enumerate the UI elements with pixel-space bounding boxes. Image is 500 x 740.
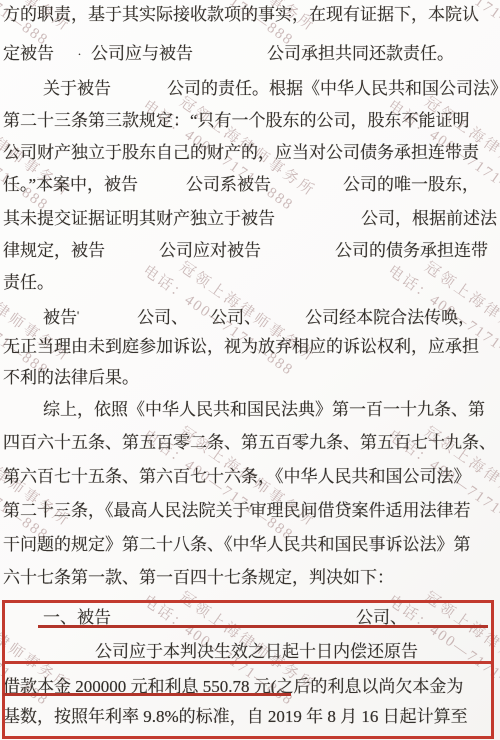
court-judgment-scan: 冠领上海律师事务所电话：400—7171—888冠领上海律师事务所电话：400—… (0, 0, 500, 740)
text-segment: 责任。 (3, 273, 54, 292)
judgment-text-line: 综上，依照《中华人民共和国民法典》第一百一十九条、第 (43, 399, 485, 421)
text-segment: 综上，依照《中华人民共和国民法典》第一百一十九条、第 (43, 400, 485, 419)
judgment-text-line: 第六百七十五条、第六百七十六条，《中华人民共和国公司法》 (3, 466, 471, 488)
text-segment: . (78, 44, 81, 58)
text-segment: 公司、 (137, 308, 188, 327)
text-segment: 公司应于本判决生效之日起十日内偿还原告 (95, 642, 418, 661)
text-segment: 一、被告 (43, 608, 111, 627)
text-segment: 借款本金 200000 元和利息 550.78 元(之后的利息以尚欠本金为 (3, 677, 463, 696)
judgment-text-line: 四百六十五条、第五百零二条、第五百零九条、第五百七十九条、 (3, 432, 496, 454)
text-segment: 律规定，被告 (3, 241, 105, 260)
text-segment: 其未提交证据证明其财产独立于被告 (3, 209, 275, 228)
text-segment: 公司、 (210, 308, 261, 327)
text-layer: 方的职责，基于其实际接收款项的事实，在现有证据下，本院认定被告.公司应与被告公司… (0, 0, 500, 740)
judgment-text-line: 任。”本案中，被告公司系被告公司的唯一股东， (3, 174, 479, 196)
text-segment: 第二十三条，《最高人民法院关于审理民间借贷案件适用法律若 (3, 501, 471, 520)
text-segment: 方的职责，基于其实际接收款项的事实，在现有证据下，本院认 (3, 5, 479, 24)
judgment-text-line: 责任。 (3, 272, 54, 294)
redacted-name-gap (275, 223, 361, 224)
redacted-name-gap (193, 58, 267, 59)
text-segment: 公司，根据前述法 (361, 209, 497, 228)
judgment-text-line: 第二十三条第三款规定：“只有一个股东的公司，股东不能证明 (3, 110, 470, 132)
redacted-name-gap (105, 255, 159, 256)
redacted-name-gap (261, 322, 305, 323)
redacted-name-gap (81, 58, 91, 59)
judgment-text-line: 方的职责，基于其实际接收款项的事实，在现有证据下，本院认 (3, 4, 479, 26)
text-segment: 公司系被告 (186, 175, 271, 194)
text-segment: 被告 (43, 308, 77, 327)
judgment-text-line: 被告'公司、公司、公司经本院合法传唤， (43, 304, 475, 329)
judgment-text-line: 定被告.公司应与被告公司承担共同还款责任。 (3, 40, 454, 65)
redacted-name-gap (271, 189, 343, 190)
judgment-text-line: 一、被告公司、 (43, 607, 407, 629)
judgment-text-line: 无正当理由未到庭参加诉讼，视为放弃相应的诉讼权利，应承担 (3, 336, 479, 358)
judgment-text-line: 公司应于本判决生效之日起十日内偿还原告 (95, 641, 418, 663)
text-segment: 公司承担共同还款责任。 (267, 44, 454, 63)
text-segment: 公司应与被告 (91, 44, 193, 63)
text-segment: 关于被告 (43, 79, 111, 98)
judgment-text-line: 律规定，被告公司应对被告公司的债务承担连带 (3, 240, 488, 262)
text-segment: 公司、 (356, 608, 407, 627)
redacted-name-gap (138, 189, 186, 190)
text-segment: 公司应对被告 (159, 241, 261, 260)
judgment-text-line: 基数，按照年利率 9.8%的标准，自 2019 年 8 月 16 日起计算至 (3, 706, 468, 728)
text-segment: ' (77, 308, 79, 322)
text-segment: 第六百七十五条、第六百七十六条，《中华人民共和国公司法》 (3, 467, 471, 486)
text-segment: 公司经本院合法传唤， (305, 308, 475, 327)
text-segment: 无正当理由未到庭参加诉讼，视为放弃相应的诉讼权利，应承担 (3, 337, 479, 356)
judgment-text-line: 借款本金 200000 元和利息 550.78 元(之后的利息以尚欠本金为 (3, 676, 463, 698)
text-segment: 不利的法律后果。 (3, 368, 139, 387)
redacted-name-gap (261, 255, 335, 256)
judgment-text-line: 干问题的规定》第二十八条、《中华人民共和国民事诉讼法》第 (3, 534, 471, 556)
redacted-name-gap (79, 322, 137, 323)
text-segment: 干问题的规定》第二十八条、《中华人民共和国民事诉讼法》第 (3, 535, 471, 554)
text-segment: 四百六十五条、第五百零二条、第五百零九条、第五百七十九条、 (3, 433, 496, 452)
text-segment: 公司的债务承担连带 (335, 241, 488, 260)
redacted-name-gap (54, 58, 78, 59)
judgment-text-line: 其未提交证据证明其财产独立于被告公司，根据前述法 (3, 208, 497, 230)
judgment-text-line: 六十七条第一款、第一百四十七条规定，判决如下： (3, 567, 394, 589)
judgment-text-line: 第二十三条，《最高人民法院关于审理民间借贷案件适用法律若 (3, 500, 471, 522)
text-segment: 公司的责任。根据《中华人民共和国公司法》 (167, 79, 500, 98)
judgment-text-line: 不利的法律后果。 (3, 367, 139, 389)
redacted-name-gap (111, 622, 356, 623)
text-segment: 任。”本案中，被告 (3, 175, 138, 194)
text-segment: 公司的唯一股东， (343, 175, 479, 194)
redacted-name-gap (111, 93, 167, 94)
text-segment: 第二十三条第三款规定：“只有一个股东的公司，股东不能证明 (3, 111, 470, 130)
text-segment: 基数，按照年利率 9.8%的标准，自 2019 年 8 月 16 日起计算至 (3, 707, 468, 726)
judgment-text-line: 关于被告公司的责任。根据《中华人民共和国公司法》 (43, 78, 500, 100)
text-segment: 六十七条第一款、第一百四十七条规定，判决如下： (3, 568, 394, 587)
text-segment: 公司财产独立于股东自己的财产的，应当对公司债务承担连带责 (3, 143, 479, 162)
judgment-text-line: 公司财产独立于股东自己的财产的，应当对公司债务承担连带责 (3, 142, 479, 164)
redacted-name-gap (188, 322, 210, 323)
text-segment: 定被告 (3, 44, 54, 63)
